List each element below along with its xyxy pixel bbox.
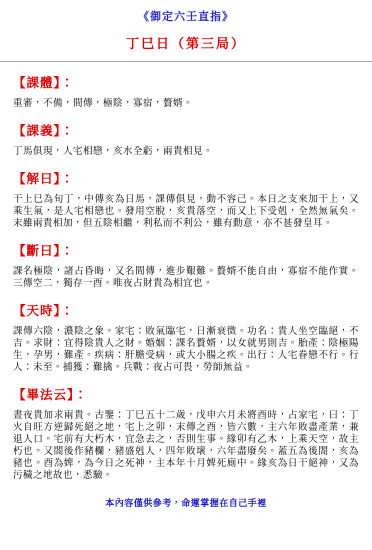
page: 《御定六壬直指》 丁巳日（第三局） 【課體】： 重審，不備，間傳，極陰，寡宿，贅… <box>0 0 372 550</box>
disclaimer-note: 本內容僅供參考，命運掌握在自己手裡 <box>13 496 359 509</box>
section-body: 重審，不備，間傳，極陰，寡宿，贅婿。 <box>13 98 359 110</box>
section-header: 【畢法云】： <box>13 385 359 403</box>
section-body: 丁馬俱現，人宅相戀，亥水全虧，兩貴相見。 <box>13 146 359 158</box>
section-tianshi: 【天時】： 課傳六陰，濃陰之象。家宅：敗氣臨宅，日漸衰微。功名：貴人坐空臨絕，不… <box>13 301 359 374</box>
section-body: 課名極陰，諸占昏晦，又名間傳，進步艱難。贅婿不能自由，寡宿不能作實。三傳空二，獨… <box>13 266 359 290</box>
header: 《御定六壬直指》 丁巳日（第三局） <box>0 8 372 52</box>
divider <box>0 61 372 62</box>
section-header: 【解曰】： <box>13 169 359 187</box>
section-keyi: 【課義】： 丁馬俱現，人宅相戀，亥水全虧，兩貴相見。 <box>13 121 359 158</box>
section-header: 【課體】： <box>13 73 359 91</box>
section-body: 干上巳為旬丁，中傳亥為日馬，課傳俱見，動不容己。本日之支來加干上，又乘生氣，是人… <box>13 194 359 230</box>
book-title: 《御定六壬直指》 <box>0 8 372 24</box>
section-duanyue: 【斷曰】： 課名極陰，諸占昏晦，又名間傳，進步艱難。贅婿不能自由，寡宿不能作實。… <box>13 241 359 290</box>
day-bureau-title: 丁巳日（第三局） <box>0 33 372 52</box>
section-body: 晝夜貴加求兩貴。古鑒：丁巳五十二歲，戊申六月未將酉時，占家宅，曰：丁火自旺方逆歸… <box>13 410 359 482</box>
section-bifayun: 【畢法云】： 晝夜貴加求兩貴。古鑒：丁巳五十二歲，戊申六月未將酉時，占家宅，曰：… <box>13 385 359 482</box>
content: 【課體】： 重審，不備，間傳，極陰，寡宿，贅婿。 【課義】： 丁馬俱現，人宅相戀… <box>0 73 372 509</box>
section-header: 【斷曰】： <box>13 241 359 259</box>
section-header: 【天時】： <box>13 301 359 319</box>
section-header: 【課義】： <box>13 121 359 139</box>
section-jieyue: 【解曰】： 干上巳為旬丁，中傳亥為日馬，課傳俱見，動不容己。本日之支來加干上，又… <box>13 169 359 230</box>
section-body: 課傳六陰，濃陰之象。家宅：敗氣臨宅，日漸衰微。功名：貴人坐空臨絕，不吉。求財：宜… <box>13 326 359 374</box>
section-keti: 【課體】： 重審，不備，間傳，極陰，寡宿，贅婿。 <box>13 73 359 110</box>
